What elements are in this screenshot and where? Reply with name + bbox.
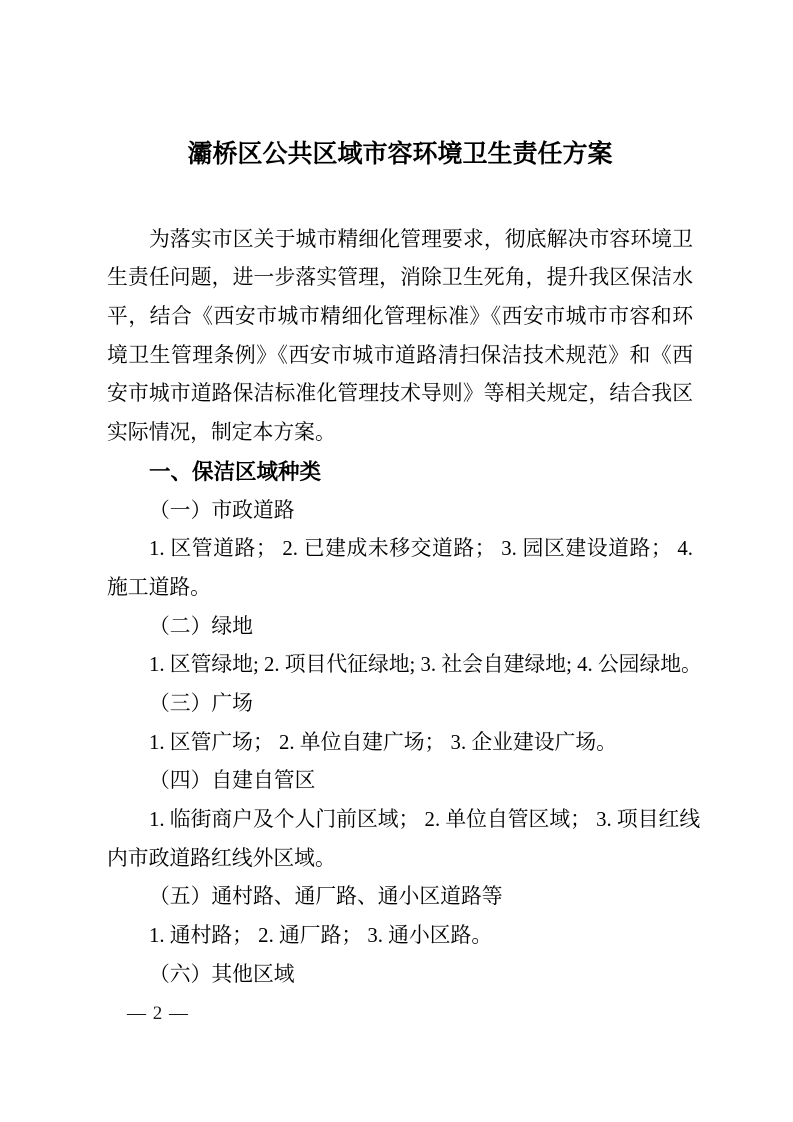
document-body: 为落实市区关于城市精细化管理要求，彻底解决市容环境卫生责任问题，进一步落实管理，… [107,221,693,995]
text-line: 1. 区管道路； 2. 已建成未移交道路； 3. 园区建设道路； 4. [107,530,693,569]
sub-heading: （一）市政道路 [107,492,693,531]
document-page: 灞桥区公共区域市容环境卫生责任方案 为落实市区关于城市精细化管理要求，彻底解决市… [0,0,793,1122]
document-content: 灞桥区公共区域市容环境卫生责任方案 为落实市区关于城市精细化管理要求，彻底解决市… [107,135,693,994]
text-line: 平，结合《西安市城市精细化管理标准》《西安市城市市容和环 [107,298,693,337]
sub-heading: （六）其他区域 [107,956,693,995]
document-title: 灞桥区公共区域市容环境卫生责任方案 [107,135,693,174]
text-line: 1. 临街商户及个人门前区域； 2. 单位自管区域； 3. 项目红线 [107,801,693,840]
list-block: 1. 通村路； 2. 通厂路； 3. 通小区路。 [107,917,693,956]
text-line: 1. 区管广场； 2. 单位自建广场； 3. 企业建设广场。 [107,724,693,763]
text-line: （二）绿地 [107,608,693,647]
sub-heading: （二）绿地 [107,608,693,647]
list-block: 1. 临街商户及个人门前区域； 2. 单位自管区域； 3. 项目红线内市政道路红… [107,801,693,878]
list-block: 1. 区管道路； 2. 已建成未移交道路； 3. 园区建设道路； 4.施工道路。 [107,530,693,607]
sub-heading: （四）自建自管区 [107,762,693,801]
text-line: 施工道路。 [107,569,693,608]
page-number: — 2 — [127,1000,189,1028]
text-line: （四）自建自管区 [107,762,693,801]
text-line: 安市城市道路保洁标准化管理技术导则》等相关规定，结合我区 [107,375,693,414]
text-line: （五）通村路、通厂路、通小区道路等 [107,878,693,917]
text-line: （六）其他区域 [107,956,693,995]
sub-heading: （三）广场 [107,685,693,724]
text-line: （三）广场 [107,685,693,724]
text-line: 1. 区管绿地; 2. 项目代征绿地; 3. 社会自建绿地; 4. 公园绿地。 [107,646,693,685]
text-line: （一）市政道路 [107,492,693,531]
list-block: 1. 区管绿地; 2. 项目代征绿地; 3. 社会自建绿地; 4. 公园绿地。 [107,646,693,685]
list-block: 1. 区管广场； 2. 单位自建广场； 3. 企业建设广场。 [107,724,693,763]
text-line: 一、保洁区域种类 [107,453,693,492]
text-line: 实际情况，制定本方案。 [107,414,693,453]
text-line: 境卫生管理条例》《西安市城市道路清扫保洁技术规范》和《西 [107,337,693,376]
text-line: 1. 通村路； 2. 通厂路； 3. 通小区路。 [107,917,693,956]
paragraph-block: 为落实市区关于城市精细化管理要求，彻底解决市容环境卫生责任问题，进一步落实管理，… [107,221,693,453]
text-line: 为落实市区关于城市精细化管理要求，彻底解决市容环境卫 [107,221,693,260]
sub-heading: （五）通村路、通厂路、通小区道路等 [107,878,693,917]
text-line: 内市政道路红线外区域。 [107,840,693,879]
section-heading: 一、保洁区域种类 [107,453,693,492]
text-line: 生责任问题，进一步落实管理，消除卫生死角，提升我区保洁水 [107,259,693,298]
